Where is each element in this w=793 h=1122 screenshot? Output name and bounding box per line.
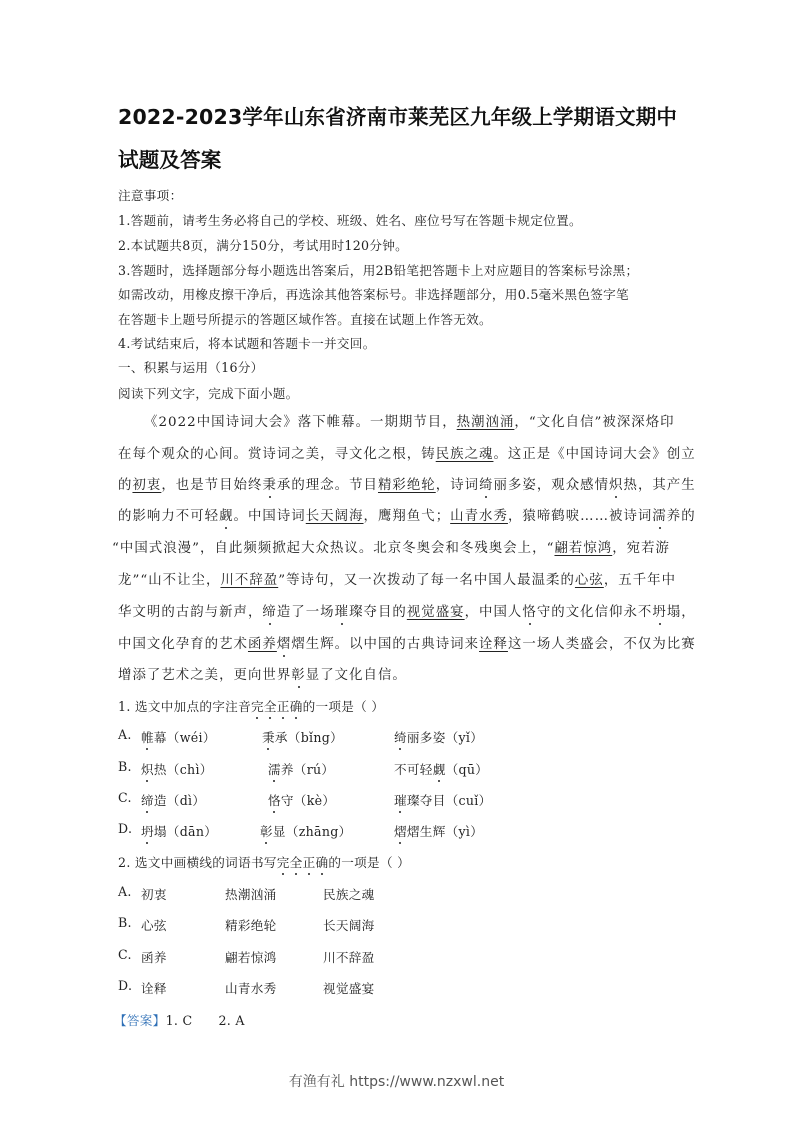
dotted-char: 缔 xyxy=(262,605,276,620)
dotted-char: 觑 xyxy=(219,509,233,524)
doc-title-line2: 试题及答案 xyxy=(118,143,222,173)
notice-item: 1.答题前，请考生务必将自己的学校、班级、姓名、座位号写在答题卡规定位置。 xyxy=(118,210,582,229)
passage-line-9: 增添了艺术之美，更向世界彰显了文化自信。 xyxy=(118,664,407,683)
reading-instruction: 阅读下列文字，完成下面小题。 xyxy=(118,383,299,402)
section-heading: 一、积累与运用（16分） xyxy=(118,357,264,376)
passage-line-8: 中国文化孕育的艺术函养熠熠生辉。以中国的古典诗词来诠释这一场人类盛会，不仅为比赛 xyxy=(118,633,696,652)
notice-item: 在答题卡上题号所提示的答题区域作答。直接在试题上作答无效。 xyxy=(118,309,492,328)
passage-line-6: 龙”“山不让尘，川不辞盈”等诗句，又一次拨动了每一名中国人最温柔的心弦，五千年中 xyxy=(118,569,676,588)
passage-line-4: 的影响力不可轻觑。中国诗词长天阔海，鹰翔鱼弋；山青水秀，猿啼鹤唳……被诗词濡养的 xyxy=(118,505,696,524)
question-1-stem: 1. 选文中加点的字注音完全正确的一项是（ ） xyxy=(118,696,384,715)
passage-line-2: 在每个观众的心间。赏诗词之美，寻文化之根，铸民族之魂。这正是《中国诗词大会》创立 xyxy=(118,443,696,462)
notice-heading: 注意事项： xyxy=(118,185,182,204)
underlined-term: 翩若惊鸿 xyxy=(554,541,612,556)
dotted-char: 熠 xyxy=(277,637,291,652)
underlined-term: 热潮汹涌 xyxy=(457,415,515,430)
notice-item: 2.本试题共8页，满分150分，考试用时120分钟。 xyxy=(118,235,408,254)
answer-1: 1. C xyxy=(166,1013,193,1028)
underlined-term: 诠释 xyxy=(479,637,508,652)
passage-line-1: 《2022中国诗词大会》落下帷幕。一期期节目，热潮汹涌，“文化自信”被深深烙印 xyxy=(144,411,675,430)
underlined-term: 山青水秀 xyxy=(450,509,508,524)
passage-line-7: 华文明的古韵与新声，缔造了一场璀璨夺目的视觉盛宴，中国人恪守的文化信仰永不坍塌， xyxy=(118,601,696,620)
passage-line-5: “中国式浪漫”，自此频频掀起大众热议。北京冬奥会和冬残奥会上，“翩若惊鸿，宛若游 xyxy=(112,537,670,556)
dotted-char: 绮 xyxy=(479,478,493,493)
answer-line: 【答案】1. C2. A xyxy=(114,1010,245,1029)
underlined-term: 函养 xyxy=(248,637,277,652)
notice-item: 如需改动，用橡皮擦干净后，再选涂其他答案标号。非选择题部分，用0.5毫米黑色签字… xyxy=(118,284,629,303)
dotted-char: 炽 xyxy=(609,478,623,493)
dotted-char: 恪 xyxy=(522,605,536,620)
underlined-term: 初衷 xyxy=(132,478,161,493)
notice-item: 4.考试结束后，将本试题和答题卡一并交回。 xyxy=(118,333,376,352)
question-2-stem: 2. 选文中画横线的词语书写完全正确的一项是（ ） xyxy=(118,852,410,871)
underlined-term: 民族之魂 xyxy=(436,447,494,462)
passage-line-3: 的初衷，也是节目始终秉承的理念。节目精彩绝轮，诗词绮丽多姿，观众感情炽热，其产生 xyxy=(118,474,696,493)
dotted-char: 濡 xyxy=(652,509,666,524)
dotted-char: 坍 xyxy=(652,605,666,620)
underlined-term: 视觉盛宴 xyxy=(407,605,465,620)
underlined-term: 长天阔海 xyxy=(306,509,364,524)
dotted-char: 璀 xyxy=(335,605,349,620)
notice-item: 3.答题时，选择题部分每小题选出答案后，用2B铅笔把答题卡上对应题目的答案标号涂… xyxy=(118,260,638,279)
answer-2: 2. A xyxy=(218,1013,244,1028)
doc-title-line1: 2022-2023学年山东省济南市莱芜区九年级上学期语文期中 xyxy=(118,100,677,130)
underlined-term: 精彩绝轮 xyxy=(378,478,436,493)
underlined-term: 川不辞盈 xyxy=(220,573,278,588)
dotted-char: 秉 xyxy=(262,478,276,493)
footer-watermark: 有渔有礼 https://www.nzxwl.net xyxy=(0,1071,793,1091)
answer-label: 【答案】 xyxy=(114,1013,166,1028)
underlined-term: 心弦 xyxy=(575,573,604,588)
dotted-char: 彰 xyxy=(291,668,305,683)
